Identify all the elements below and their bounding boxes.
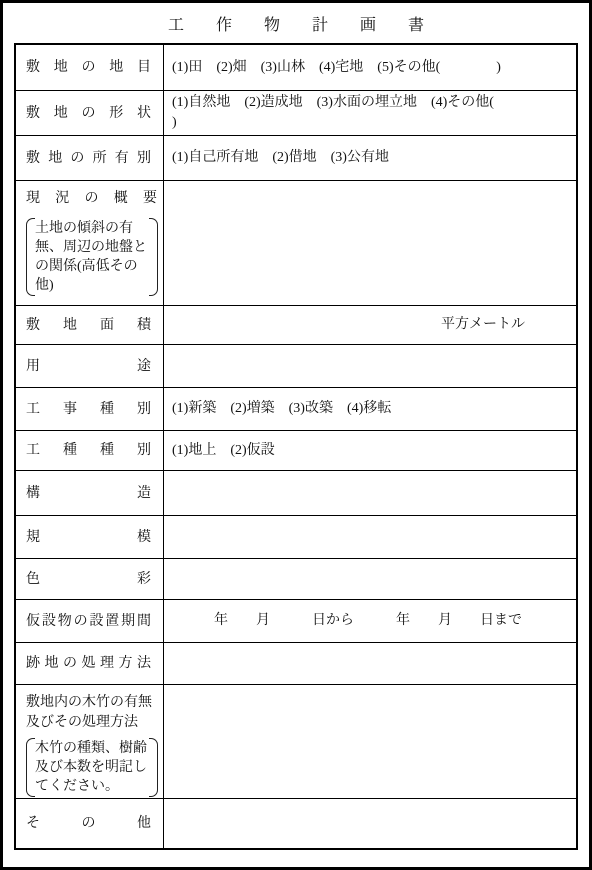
note-bracket-left <box>26 218 35 296</box>
row-label: 規模 <box>26 528 151 547</box>
row-label-cell: 敷地内の木竹の有無及びその処理方法 木竹の種類、樹齢及び本数を明記してください。 <box>16 685 164 798</box>
table-row: 敷地の地目 (1)田 (2)畑 (3)山林 (4)宅地 (5)その他( ) <box>16 45 576 90</box>
label-note: 土地の傾斜の有無、周辺の地盤との関係(高低その他) <box>26 217 158 297</box>
row-value <box>164 181 576 305</box>
row-value <box>164 799 576 848</box>
structure-plan-table: 敷地の地目 (1)田 (2)畑 (3)山林 (4)宅地 (5)その他( ) 敷地… <box>14 43 578 850</box>
row-label: その他 <box>26 814 151 833</box>
row-label-cell: 現況の概要 土地の傾斜の有無、周辺の地盤との関係(高低その他) <box>16 181 164 305</box>
table-row: 敷地の所有別 (1)自己所有地 (2)借地 (3)公有地 <box>16 135 576 180</box>
row-value: 年 月 日から 年 月 日まで <box>164 600 576 642</box>
row-label: 敷地の形状 <box>26 104 151 123</box>
row-label: 構造 <box>26 484 151 503</box>
note-bracket-right <box>149 738 158 797</box>
row-value: (1)自己所有地 (2)借地 (3)公有地 <box>164 136 576 180</box>
note-bracket-right <box>149 218 158 296</box>
row-label: 用途 <box>26 357 151 376</box>
table-row: 色彩 <box>16 558 576 599</box>
table-row: 敷地内の木竹の有無及びその処理方法 木竹の種類、樹齢及び本数を明記してください。 <box>16 684 576 798</box>
row-label-cell: 敷地の所有別 <box>16 136 164 180</box>
page-title-text: 工作物計画書 <box>168 12 456 35</box>
table-row: 工種種別 (1)地上 (2)仮設 <box>16 430 576 470</box>
row-label: 色彩 <box>26 570 151 589</box>
row-label: 仮設物の設置期間 <box>26 612 151 631</box>
row-label-cell: 工事種別 <box>16 388 164 430</box>
row-label: 工事種別 <box>26 400 151 419</box>
row-label: 工種種別 <box>26 441 151 460</box>
table-row: 現況の概要 土地の傾斜の有無、周辺の地盤との関係(高低その他) <box>16 180 576 305</box>
row-label: 敷地の地目 <box>26 58 151 77</box>
note-bracket-left <box>26 738 35 797</box>
row-value <box>164 559 576 599</box>
table-row: 用途 <box>16 344 576 387</box>
table-row: その他 <box>16 798 576 848</box>
row-value: (1)自然地 (2)造成地 (3)水面の埋立地 (4)その他( ) <box>164 91 576 135</box>
table-row: 仮設物の設置期間 年 月 日から 年 月 日まで <box>16 599 576 642</box>
row-value: (1)田 (2)畑 (3)山林 (4)宅地 (5)その他( ) <box>164 45 576 90</box>
form-page: { "document": { "title": "工作物計画書" }, "ta… <box>0 0 592 870</box>
row-label-cell: 敷地の地目 <box>16 45 164 90</box>
row-value <box>164 643 576 684</box>
row-label-cell: 仮設物の設置期間 <box>16 600 164 642</box>
row-value: 平方メートル <box>164 306 576 344</box>
row-label-cell: 敷地面積 <box>16 306 164 344</box>
note-text: 木竹の種類、樹齢及び本数を明記してください。 <box>35 737 149 798</box>
table-row: 敷地面積 平方メートル <box>16 305 576 344</box>
table-row: 跡地の処理方法 <box>16 642 576 684</box>
row-value <box>164 345 576 387</box>
label-note: 木竹の種類、樹齢及び本数を明記してください。 <box>26 737 158 798</box>
row-value <box>164 516 576 558</box>
table-row: 構造 <box>16 470 576 515</box>
row-label: 現況の概要 <box>26 189 157 208</box>
row-label-cell: その他 <box>16 799 164 848</box>
row-label: 敷地の所有別 <box>26 149 151 168</box>
row-label: 跡地の処理方法 <box>26 654 151 673</box>
row-value <box>164 471 576 515</box>
row-label: 敷地内の木竹の有無及びその処理方法 <box>26 693 157 733</box>
unit-label: 平方メートル <box>441 315 525 335</box>
row-label-cell: 色彩 <box>16 559 164 599</box>
row-value <box>164 685 576 798</box>
row-label-cell: 工種種別 <box>16 431 164 470</box>
row-label-cell: 構造 <box>16 471 164 515</box>
row-label: 敷地面積 <box>26 316 151 335</box>
table-row: 規模 <box>16 515 576 558</box>
row-value: (1)新築 (2)増築 (3)改築 (4)移転 <box>164 388 576 430</box>
row-label-cell: 跡地の処理方法 <box>16 643 164 684</box>
row-value: (1)地上 (2)仮設 <box>164 431 576 470</box>
table-row: 敷地の形状 (1)自然地 (2)造成地 (3)水面の埋立地 (4)その他( ) <box>16 90 576 135</box>
page-title: 工作物計画書 <box>3 3 589 43</box>
row-label-cell: 規模 <box>16 516 164 558</box>
row-label-cell: 用途 <box>16 345 164 387</box>
row-label-cell: 敷地の形状 <box>16 91 164 135</box>
table-row: 工事種別 (1)新築 (2)増築 (3)改築 (4)移転 <box>16 387 576 430</box>
note-text: 土地の傾斜の有無、周辺の地盤との関係(高低その他) <box>35 217 149 297</box>
